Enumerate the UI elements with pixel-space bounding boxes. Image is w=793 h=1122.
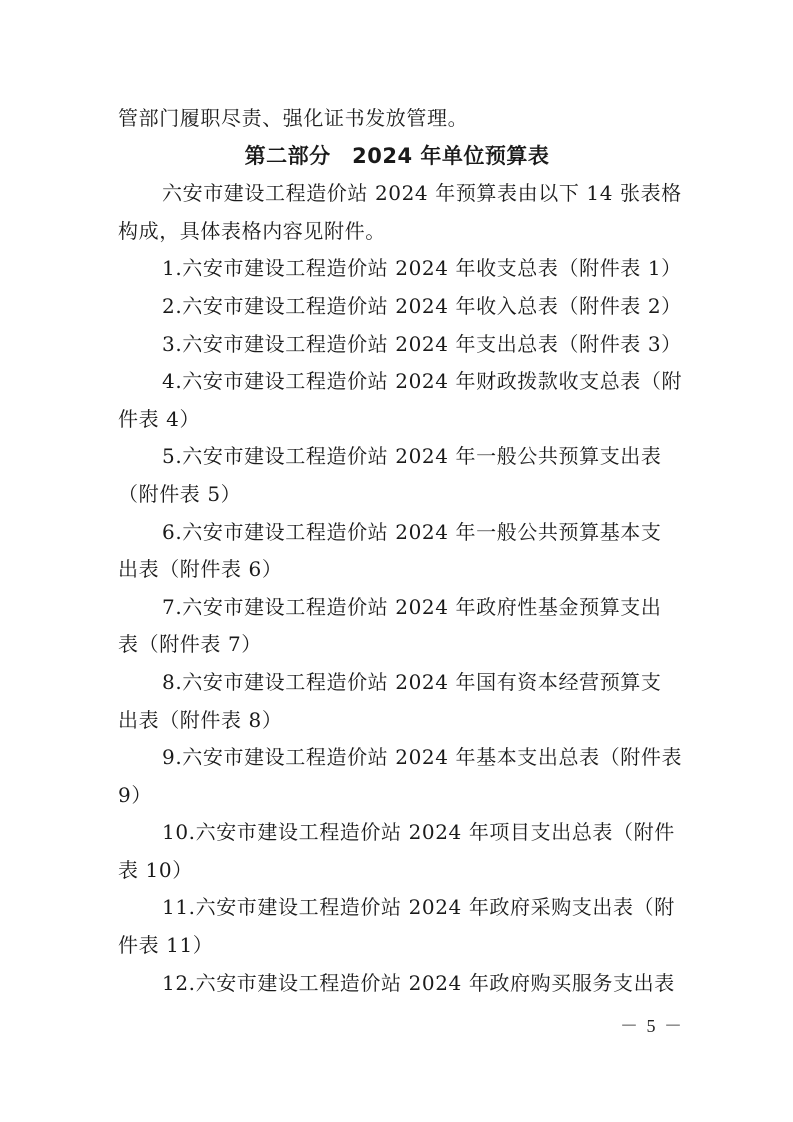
list-item-4-continued: 件表 4） [118,401,676,439]
list-item-1: 1.六安市建设工程造价站 2024 年收支总表（附件表 1） [118,250,676,288]
continuation-text: 管部门履职尽责、强化证书发放管理。 [118,100,676,138]
list-item-10-continued: 表 10） [118,852,676,890]
document-page: 管部门履职尽责、强化证书发放管理。 第二部分 2024 年单位预算表 六安市建设… [118,100,676,1002]
list-item-9: 9.六安市建设工程造价站 2024 年基本支出总表（附件表 [118,739,676,777]
list-item-8: 8.六安市建设工程造价站 2024 年国有资本经营预算支 [118,664,676,702]
list-item-7-continued: 表（附件表 7） [118,626,676,664]
list-item-2: 2.六安市建设工程造价站 2024 年收入总表（附件表 2） [118,288,676,326]
list-item-12: 12.六安市建设工程造价站 2024 年政府购买服务支出表 [118,965,676,1003]
list-item-7: 7.六安市建设工程造价站 2024 年政府性基金预算支出 [118,589,676,627]
list-item-4: 4.六安市建设工程造价站 2024 年财政拨款收支总表（附 [118,363,676,401]
list-item-11-continued: 件表 11） [118,927,676,965]
intro-paragraph-line-1: 六安市建设工程造价站 2024 年预算表由以下 14 张表格 [118,175,676,213]
list-item-8-continued: 出表（附件表 8） [118,702,676,740]
section-heading: 第二部分 2024 年单位预算表 [118,138,676,176]
list-item-6: 6.六安市建设工程造价站 2024 年一般公共预算基本支 [118,514,676,552]
list-item-5-continued: （附件表 5） [118,476,676,514]
page-number: － 5 － [620,1012,684,1038]
list-item-9-continued: 9） [118,777,676,815]
list-item-5: 5.六安市建设工程造价站 2024 年一般公共预算支出表 [118,438,676,476]
list-item-11: 11.六安市建设工程造价站 2024 年政府采购支出表（附 [118,889,676,927]
intro-paragraph-line-2: 构成，具体表格内容见附件。 [118,213,676,251]
list-item-3: 3.六安市建设工程造价站 2024 年支出总表（附件表 3） [118,326,676,364]
list-item-10: 10.六安市建设工程造价站 2024 年项目支出总表（附件 [118,814,676,852]
list-item-6-continued: 出表（附件表 6） [118,551,676,589]
